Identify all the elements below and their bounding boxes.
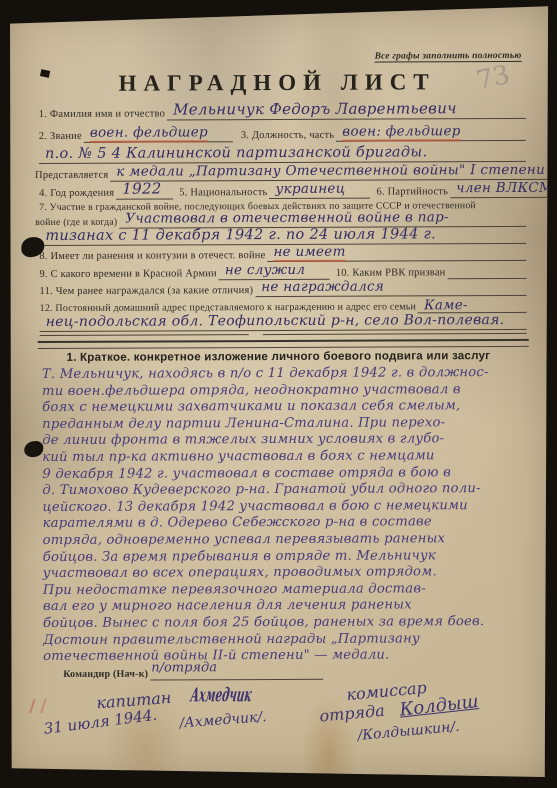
fields-4-5-6-row: 4. Год рождения 1922 5. Национальность у… bbox=[39, 179, 526, 200]
presented-for-value: к медали „Партизану Отечественной войны"… bbox=[116, 162, 545, 180]
citation-line: цейского. 13 декабря 1942 участвовал в б… bbox=[42, 498, 533, 517]
document-paper: Все графы заполнить полностью 73 НАГРАДН… bbox=[0, 0, 557, 788]
citation-line: бойцов. Вынес с поля боя 25 бойцов, ране… bbox=[43, 614, 534, 633]
citation-line: отечественной войны II-й степени" — меда… bbox=[43, 647, 534, 666]
field-11-row: 11. Чем ранее награждался (за какие отли… bbox=[40, 279, 527, 298]
field-3-label: 3. Должность, часть bbox=[233, 130, 337, 142]
field-1-value: Мельничук Федоръ Лаврентьевич bbox=[173, 99, 457, 118]
field-2-line: воен. фельдшер bbox=[84, 123, 233, 143]
commissar-name: /Колдышкин/. bbox=[357, 719, 460, 744]
citation-line: Т. Мельничук, находясь в п/о с 11 декабр… bbox=[42, 365, 533, 384]
field-4-line: 1922 bbox=[116, 180, 173, 199]
field-9-value: не служил bbox=[225, 262, 306, 278]
section-heading: 1. Краткое. конкретное изложение личного… bbox=[0, 349, 557, 364]
field-1-label: 1. Фамилия имя и отчество bbox=[39, 108, 167, 121]
field-5-line: украинец bbox=[269, 180, 370, 199]
commander-overwrite-handwriting: п/отряда bbox=[151, 660, 217, 675]
empty-line-segment-right bbox=[263, 333, 527, 335]
field-1-row: 1. Фамилия имя и отчество Мельничук Федо… bbox=[39, 97, 526, 121]
ink-blot-small bbox=[40, 69, 50, 78]
field-5-value: украинец bbox=[275, 181, 345, 197]
field-2-label: 2. Звание bbox=[39, 131, 84, 143]
citation-line: д. Тимохово Кудеверского р-на. Гранатой … bbox=[42, 481, 533, 500]
field-6-line: член ВЛКСМ bbox=[450, 179, 556, 198]
field-4-value: 1922 bbox=[122, 180, 161, 198]
field-6-label: 6. Партийность bbox=[370, 186, 450, 198]
field-4-label: 4. Год рождения bbox=[39, 188, 116, 200]
field-11-label: 11. Чем ранее награждался (за какие отли… bbox=[40, 285, 256, 298]
field-6-value: член ВЛКСМ bbox=[456, 180, 553, 196]
ink-blot-medium bbox=[24, 441, 43, 457]
field-11-value: не награждался bbox=[261, 279, 384, 296]
scan-background: Все графы заполнить полностью 73 НАГРАДН… bbox=[0, 0, 557, 788]
field-7-value-2: тизанах с 11 декабря 1942 г. по 24 июля … bbox=[45, 226, 436, 244]
citation-body: Т. Мельничук, находясь в п/о с 11 декабр… bbox=[42, 365, 534, 666]
commander-line bbox=[150, 679, 323, 681]
commander-signature-scribble: Ахмедчик bbox=[189, 684, 253, 706]
field-5-label: 5. Национальность bbox=[173, 187, 269, 199]
empty-ruled-row bbox=[40, 324, 527, 336]
document-content: Все графы заполнить полностью 73 НАГРАДН… bbox=[0, 0, 557, 788]
commander-name: /Ахмедчик/. bbox=[179, 709, 267, 731]
field-9-label: 9. С какого времени в Красной Армии bbox=[39, 268, 218, 281]
red-pencil-mark bbox=[29, 699, 46, 713]
field-2-value: воен. фельдшер bbox=[90, 124, 208, 143]
empty-line-segment-left bbox=[40, 334, 249, 336]
field-1-line: Мельничук Федоръ Лаврентьевич bbox=[167, 100, 526, 121]
field-3-value-2: п.о. № 5 4 Калининской партизанской бриг… bbox=[45, 144, 427, 162]
commander-label: Командир (Нач-к) bbox=[63, 669, 150, 681]
field-8-value: не имеет bbox=[273, 244, 345, 262]
field-7-value-1: Участвовал в отечественной войне в пар- bbox=[125, 209, 449, 226]
citation-line: боях с немецкими захватчиками и показал … bbox=[42, 398, 533, 417]
field-3-line: воен: фельдшер bbox=[336, 122, 526, 142]
section-divider-rule bbox=[38, 339, 529, 349]
field-8-line: не имеет bbox=[267, 242, 526, 262]
document-title: НАГРАДНОЙ ЛИСТ bbox=[0, 69, 556, 97]
commissar-title-line-2: отряда bbox=[319, 701, 386, 726]
field-2-3-row: 2. Звание воен. фельдшер 3. Должность, ч… bbox=[39, 119, 526, 143]
field-11-line: не награждался bbox=[255, 277, 526, 297]
field-3-value: воен: фельдшер bbox=[342, 123, 460, 142]
